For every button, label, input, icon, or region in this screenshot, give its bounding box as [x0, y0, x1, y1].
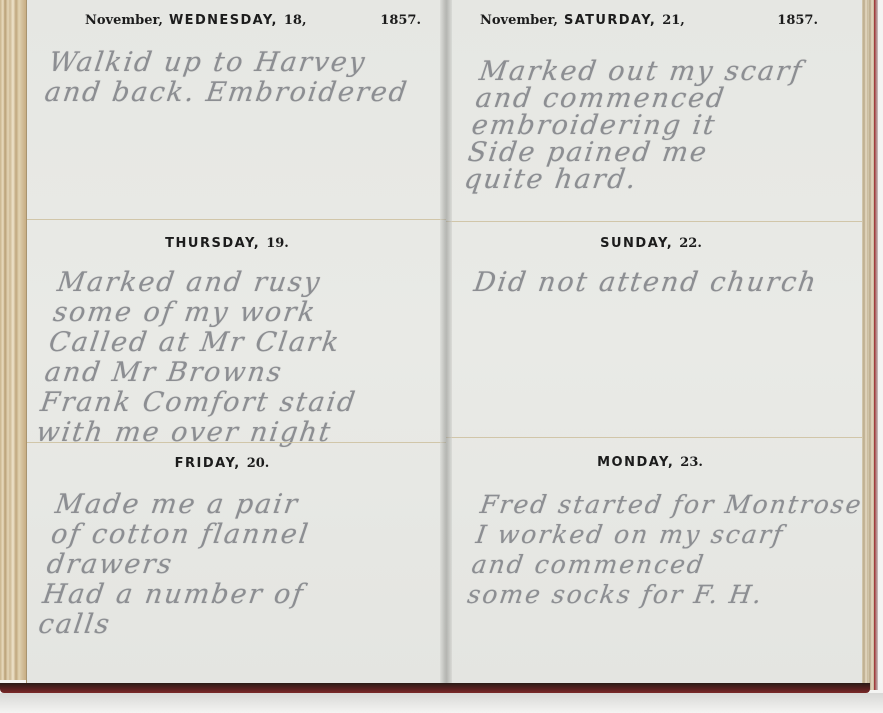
entry-line: quite hard.	[463, 166, 851, 193]
entry-line: and commenced	[474, 85, 862, 112]
entry-line: some socks for F. H.	[466, 580, 852, 610]
left-page: November, WEDNESDAY, 18, 1857. Walkid up…	[26, 0, 447, 685]
entry-thursday-19: Marked and rusy some of my work Called a…	[34, 268, 449, 448]
entry-saturday-21: Marked out my scarf and commenced embroi…	[463, 58, 866, 193]
entry-line: Made me a pair	[53, 490, 447, 520]
entry-monday-23: Fred started for Montrose I worked on my…	[466, 490, 865, 610]
day-title-number: 23.	[680, 455, 703, 470]
day-title-sunday: SUNDAY, 22.	[446, 236, 866, 251]
page-edges-right	[862, 0, 874, 690]
entry-line: Side pained me	[466, 139, 854, 166]
header-month: November,	[85, 13, 163, 28]
section-divider	[27, 219, 447, 220]
entry-line: with me over night	[34, 418, 428, 448]
entry-wednesday-18: Walkid up to Harvey and back. Embroidere…	[43, 48, 441, 108]
day-title-label: THURSDAY,	[165, 236, 260, 251]
header-year: 1857.	[380, 13, 421, 28]
entry-line: I worked on my scarf	[474, 520, 860, 550]
section-divider	[446, 437, 866, 438]
day-title-number: 19.	[266, 236, 289, 251]
entry-line: and Mr Browns	[43, 358, 437, 388]
right-page: November, SATURDAY, 21, 1857. Marked out…	[446, 0, 866, 685]
day-title-label: FRIDAY,	[175, 456, 241, 471]
day-title-number: 20.	[247, 456, 270, 471]
entry-line: Did not attend church	[472, 268, 858, 298]
header-month-weekday: November, SATURDAY, 21,	[480, 13, 685, 28]
entry-line: Walkid up to Harvey	[47, 48, 441, 78]
entry-line: Had a number of	[41, 580, 435, 610]
day-title-number: 22.	[679, 236, 702, 251]
entry-line: Called at Mr Clark	[47, 328, 441, 358]
center-gutter-fold	[440, 0, 452, 685]
day-title-friday: FRIDAY, 20.	[27, 456, 447, 471]
entry-line: embroidering it	[470, 112, 858, 139]
book-cover-edge	[0, 683, 870, 693]
section-divider	[27, 442, 447, 443]
header-day-number: 18,	[284, 13, 307, 28]
entry-sunday-22: Did not attend church	[472, 268, 858, 298]
day-title-thursday: THURSDAY, 19.	[27, 236, 447, 251]
left-page-header: November, WEDNESDAY, 18, 1857.	[27, 0, 447, 40]
entry-line: and back. Embroidered	[43, 78, 437, 108]
day-title-label: SUNDAY,	[600, 236, 673, 251]
entry-line: some of my work	[51, 298, 445, 328]
header-month: November,	[480, 13, 558, 28]
header-year: 1857.	[777, 13, 818, 28]
section-divider	[446, 221, 866, 222]
header-day-number: 21,	[662, 13, 685, 28]
entry-line: calls	[36, 610, 430, 640]
open-diary: November, WEDNESDAY, 18, 1857. Walkid up…	[0, 0, 883, 713]
entry-line: Frank Comfort staid	[39, 388, 433, 418]
entry-line: drawers	[45, 550, 439, 580]
entry-line: Marked out my scarf	[478, 58, 866, 85]
header-weekday: WEDNESDAY,	[169, 13, 278, 28]
header-month-weekday: November, WEDNESDAY, 18,	[85, 13, 307, 28]
entry-line: and commenced	[470, 550, 856, 580]
page-edges-left	[0, 0, 26, 680]
entry-line: of cotton flannel	[49, 520, 443, 550]
scan-background	[0, 693, 883, 713]
day-title-monday: MONDAY, 23.	[446, 455, 866, 470]
header-weekday: SATURDAY,	[564, 13, 656, 28]
entry-line: Fred started for Montrose	[478, 490, 864, 520]
entry-line: Marked and rusy	[55, 268, 449, 298]
day-title-label: MONDAY,	[597, 455, 674, 470]
entry-friday-20: Made me a pair of cotton flannel drawers…	[36, 490, 447, 640]
right-page-header: November, SATURDAY, 21, 1857.	[446, 0, 866, 40]
